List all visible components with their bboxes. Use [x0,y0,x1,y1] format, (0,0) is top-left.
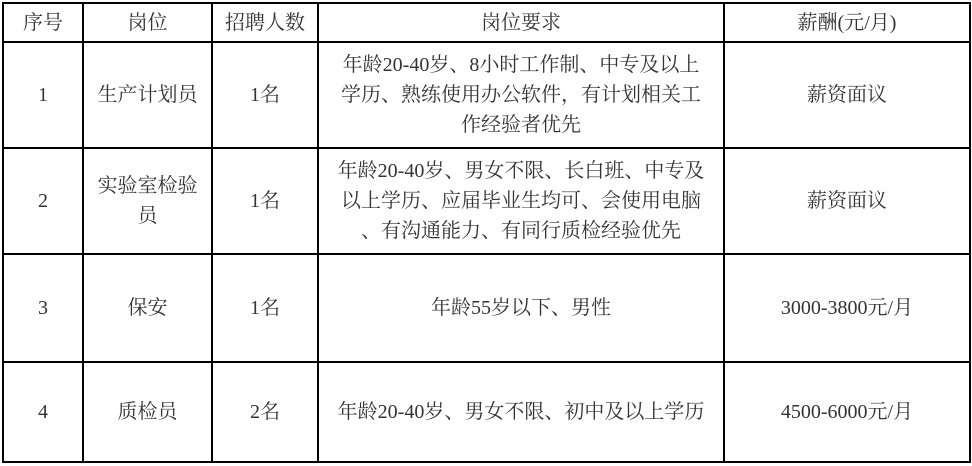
column-header-index: 序号 [3,3,83,42]
cell-salary: 薪资面议 [724,148,970,254]
cell-index: 1 [3,42,83,148]
table-row: 1 生产计划员 1名 年龄20-40岁、8小时工作制、中专及以上学历、熟练使用办… [3,42,970,148]
table-row: 3 保安 1名 年龄55岁以下、男性 3000-3800元/月 [3,254,970,362]
cell-position: 实验室检验员 [83,148,212,254]
cell-requirements: 年龄55岁以下、男性 [318,254,724,362]
column-header-position: 岗位 [83,3,212,42]
cell-requirements: 年龄20-40岁、男女不限、长白班、中专及以上学历、应届毕业生均可、会使用电脑、… [318,148,724,254]
table-row: 2 实验室检验员 1名 年龄20-40岁、男女不限、长白班、中专及以上学历、应届… [3,148,970,254]
column-header-headcount: 招聘人数 [212,3,318,42]
recruitment-table: 序号 岗位 招聘人数 岗位要求 薪酬(元/月) 1 生产计划员 1名 年龄20-… [2,2,971,463]
cell-index: 2 [3,148,83,254]
column-header-requirements: 岗位要求 [318,3,724,42]
cell-requirements: 年龄20-40岁、男女不限、初中及以上学历 [318,362,724,462]
cell-headcount: 2名 [212,362,318,462]
cell-position: 保安 [83,254,212,362]
cell-salary: 3000-3800元/月 [724,254,970,362]
cell-headcount: 1名 [212,148,318,254]
cell-position: 质检员 [83,362,212,462]
cell-salary: 薪资面议 [724,42,970,148]
header-row: 序号 岗位 招聘人数 岗位要求 薪酬(元/月) [3,3,970,42]
recruitment-page: 序号 岗位 招聘人数 岗位要求 薪酬(元/月) 1 生产计划员 1名 年龄20-… [0,0,972,466]
cell-salary: 4500-6000元/月 [724,362,970,462]
column-header-salary: 薪酬(元/月) [724,3,970,42]
cell-index: 4 [3,362,83,462]
cell-headcount: 1名 [212,254,318,362]
cell-headcount: 1名 [212,42,318,148]
table-row: 4 质检员 2名 年龄20-40岁、男女不限、初中及以上学历 4500-6000… [3,362,970,462]
cell-index: 3 [3,254,83,362]
cell-position: 生产计划员 [83,42,212,148]
cell-requirements: 年龄20-40岁、8小时工作制、中专及以上学历、熟练使用办公软件，有计划相关工作… [318,42,724,148]
